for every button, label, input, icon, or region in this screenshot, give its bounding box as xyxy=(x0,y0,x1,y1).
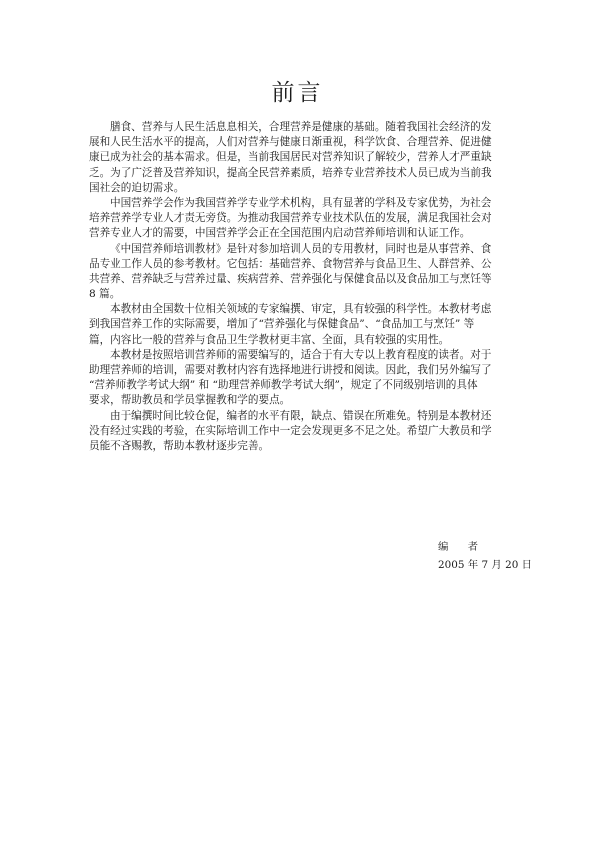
text-line: 展和人民生活水平的提高，人们对营养与健康日渐重视，科学饮食、合理营养、促进健 xyxy=(89,135,509,150)
text-line: 本教材由全国数十位相关领域的专家编撰、审定，具有较强的科学性。本教材考虑 xyxy=(89,302,509,317)
signature-date: 2005 年 7 月 20 日 xyxy=(380,556,532,571)
text-line: 助理营养师的培训，需要对教材内容有选择地进行讲授和阅读。因此，我们另外编写了 xyxy=(89,363,509,378)
text-line: 康已成为社会的基本需求。但是，当前我国居民对营养知识了解较少，营养人才严重缺 xyxy=(89,150,509,165)
paragraph-5: 本教材是按照培训营养师的需要编写的，适合于有大专以上教育程度的读者。对于 助理营… xyxy=(89,348,509,409)
paragraph-3: 《中国营养师培训教材》是针对参加培训人员的专用教材，同时也是从事营养、食 品专业… xyxy=(89,242,509,303)
paragraph-4: 本教材由全国数十位相关领域的专家编撰、审定，具有较强的科学性。本教材考虑 到我国… xyxy=(89,302,509,348)
text-line: 中国营养学会作为我国营养学专业学术机构，具有显著的学科及专家优势，为社会 xyxy=(89,196,509,211)
text-line: 膳食、营养与人民生活息息相关，合理营养是健康的基础。随着我国社会经济的发 xyxy=(89,120,509,135)
text-line: 国社会的迫切需求。 xyxy=(89,181,509,196)
text-line: 要求，帮助教员和学员掌握教和学的要点。 xyxy=(89,393,509,408)
paragraph-1: 膳食、营养与人民生活息息相关，合理营养是健康的基础。随着我国社会经济的发 展和人… xyxy=(89,120,509,196)
text-line: “营养师教学考试大纲” 和 “助理营养师教学考试大纲”，规定了不同级别培训的具体 xyxy=(89,378,509,393)
text-line: 《中国营养师培训教材》是针对参加培训人员的专用教材，同时也是从事营养、食 xyxy=(89,242,509,257)
text-line: 乏。为了广泛普及营养知识，提高全民营养素质，培养专业营养技术人员已成为当前我 xyxy=(89,166,509,181)
text-line: 员能不吝赐教，帮助本教材逐步完善。 xyxy=(89,439,509,454)
text-line: 共营养、营养缺乏与营养过量、疾病营养、营养强化与保健食品以及食品加工与烹饪等 xyxy=(89,272,509,287)
preface-body: 膳食、营养与人民生活息息相关，合理营养是健康的基础。随着我国社会经济的发 展和人… xyxy=(89,120,509,454)
paragraph-6: 由于编撰时间比较仓促，编者的水平有限，缺点、错误在所难免。特别是本教材还 没有经… xyxy=(89,409,509,455)
text-line: 8 篇。 xyxy=(89,287,509,302)
text-line: 本教材是按照培训营养师的需要编写的，适合于有大专以上教育程度的读者。对于 xyxy=(89,348,509,363)
page-title: 前言 xyxy=(0,74,595,107)
text-line: 品专业工作人员的参考教材。它包括：基础营养、食物营养与食品卫生、人群营养、公 xyxy=(89,257,509,272)
paragraph-2: 中国营养学会作为我国营养学专业学术机构，具有显著的学科及专家优势，为社会 培养营… xyxy=(89,196,509,242)
signature-author: 编 者 xyxy=(432,538,492,553)
text-line: 没有经过实践的考验，在实际培训工作中一定会发现更多不足之处。希望广大教员和学 xyxy=(89,424,509,439)
text-line: 篇，内容比一般的营养与食品卫生学教材更丰富、全面，具有较强的实用性。 xyxy=(89,333,509,348)
text-line: 由于编撰时间比较仓促，编者的水平有限，缺点、错误在所难免。特别是本教材还 xyxy=(89,409,509,424)
text-line: 到我国营养工作的实际需要，增加了“营养强化与保健食品”、“食品加工与烹饪” 等 xyxy=(89,317,509,332)
text-line: 营养专业人才的需要，中国营养学会正在全国范围内启动营养师培训和认证工作。 xyxy=(89,226,509,241)
text-line: 培养营养学专业人才责无旁贷。为推动我国营养专业技术队伍的发展，满足我国社会对 xyxy=(89,211,509,226)
